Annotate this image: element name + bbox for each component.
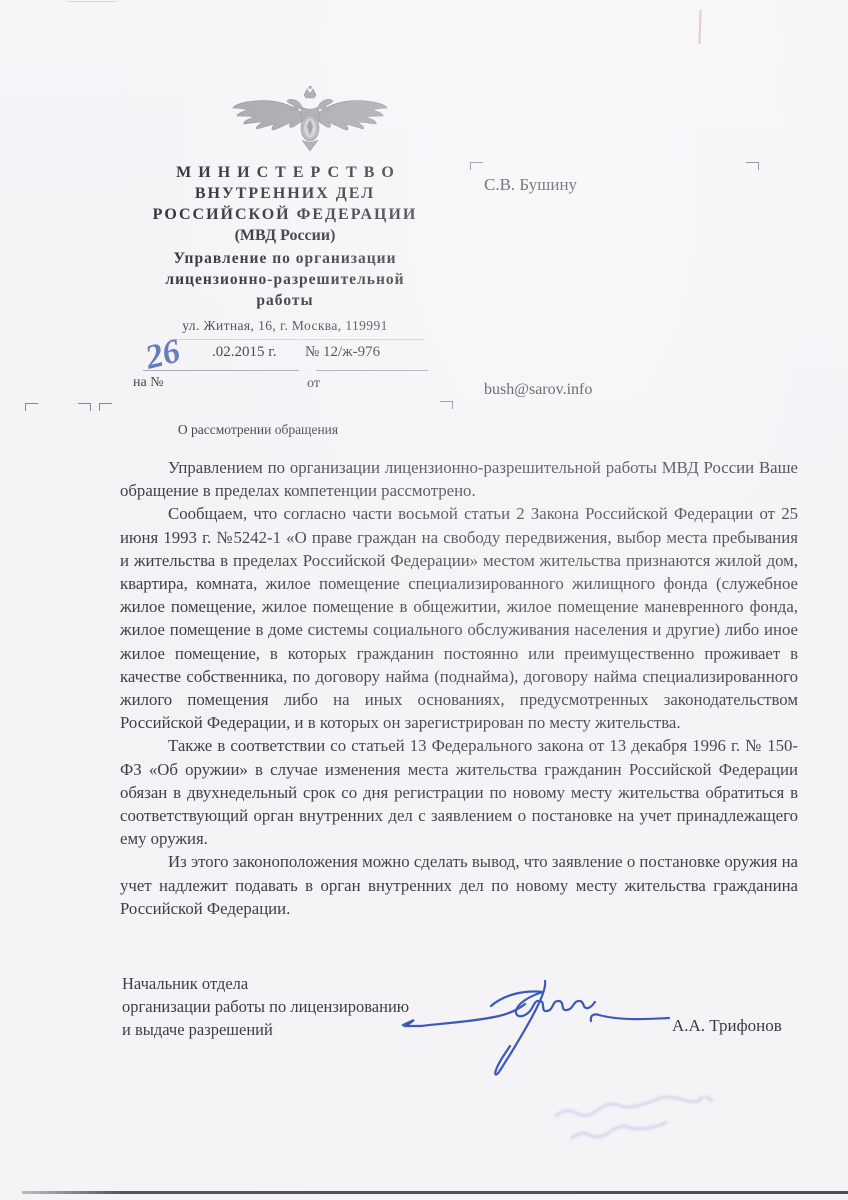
letterhead-department: Управление по организации лицензионно-ра…	[75, 248, 495, 311]
subject-line: О рассмотрении обращения	[98, 422, 418, 438]
body-paragraph-3: Также в соответствии со статьей 13 Федер…	[120, 734, 798, 850]
address-divider	[170, 339, 425, 340]
signer-position-line-3: и выдаче разрешений	[122, 1018, 409, 1041]
signer-name: А.А. Трифонов	[672, 1016, 782, 1036]
body-paragraph-4: Из этого законоположения можно сделать в…	[120, 850, 798, 920]
mvd-emblem-icon	[230, 86, 390, 152]
department-line-1: Управление по организации	[75, 248, 495, 269]
text-zone-corner-left-icon	[99, 403, 112, 411]
ministry-line-3: РОССИЙСКОЙ ФЕДЕРАЦИИ	[75, 204, 495, 225]
scan-artifact-mark	[698, 10, 701, 44]
addressee-zone-corner-left-icon	[470, 162, 483, 170]
reply-to-label: на №	[133, 375, 164, 391]
date-field: .02.2015 г.	[212, 344, 276, 361]
body-paragraph-2: Сообщаем, что согласно части восьмой ста…	[120, 502, 798, 734]
signer-position: Начальник отдела организации работы по л…	[122, 972, 409, 1041]
department-line-3: работы	[75, 290, 495, 311]
scan-bottom-edge	[22, 1191, 848, 1194]
text-zone-corner-right-icon	[440, 401, 453, 409]
outgoing-number-field: № 12/ж-976	[305, 344, 380, 361]
letterhead-address: ул. Житная, 16, г. Москва, 119991	[75, 318, 495, 334]
stamp-zone-corner-right-icon	[78, 403, 91, 411]
scan-top-edge-mark	[68, 1, 116, 2]
signer-position-line-1: Начальник отдела	[122, 972, 409, 995]
letter-body: Управлением по организации лицензионно-р…	[120, 456, 798, 920]
ministry-line-1: МИНИСТЕРСТВО	[75, 162, 495, 183]
addressee-name: С.В. Бушину	[484, 175, 577, 195]
bleedthrough-handwriting-icon	[538, 1096, 768, 1162]
from-label: от	[307, 376, 320, 392]
date-underline	[143, 370, 299, 371]
stamp-zone-corner-left-icon	[25, 403, 38, 411]
addressee-zone-corner-right-icon	[746, 162, 759, 170]
body-paragraph-1: Управлением по организации лицензионно-р…	[120, 456, 798, 502]
signer-position-line-2: организации работы по лицензированию	[122, 995, 409, 1018]
letterhead-ministry: МИНИСТЕРСТВО ВНУТРЕННИХ ДЕЛ РОССИЙСКОЙ Ф…	[75, 162, 495, 246]
scanned-letter-page: МИНИСТЕРСТВО ВНУТРЕННИХ ДЕЛ РОССИЙСКОЙ Ф…	[0, 0, 848, 1200]
ministry-line-4: (МВД России)	[75, 225, 495, 246]
number-underline	[316, 370, 428, 371]
addressee-email: bush@sarov.info	[484, 381, 592, 399]
department-line-2: лицензионно-разрешительной	[75, 269, 495, 290]
ministry-line-2: ВНУТРЕННИХ ДЕЛ	[75, 183, 495, 204]
